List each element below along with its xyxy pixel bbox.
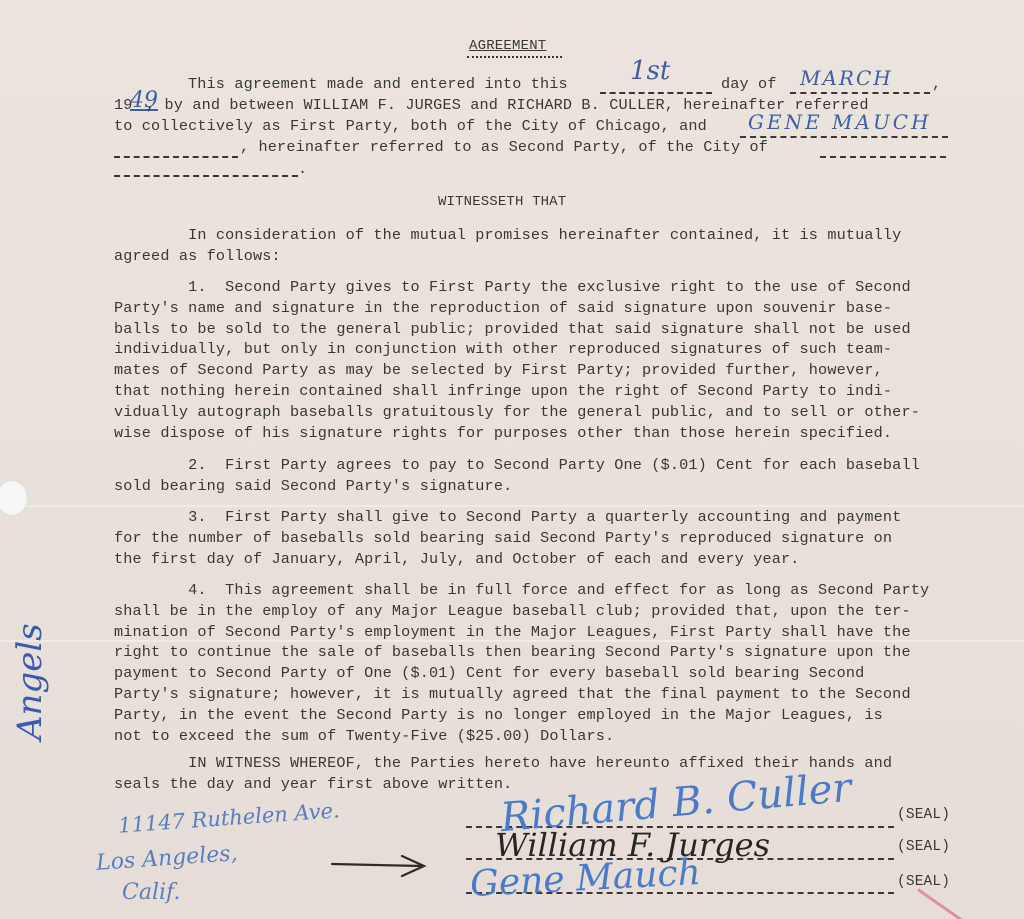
clause-4-line: 4. This agreement shall be in full force… [114, 580, 929, 601]
witness-line: seals the day and year first above writt… [114, 774, 512, 795]
clause-1-line: mates of Second Party as may be selected… [114, 360, 883, 381]
clause-2-line: sold bearing said Second Party's signatu… [114, 476, 512, 497]
witnesseth-heading: WITNESSETH THAT [438, 192, 566, 213]
city-blank [820, 156, 946, 158]
clause-4-line: not to exceed the sum of Twenty-Five ($2… [114, 726, 614, 747]
clause-4-line: mination of Second Party's employment in… [114, 622, 911, 643]
clause-1-line: 1. Second Party gives to First Party the… [114, 277, 911, 298]
document-title: AGREEMENT [469, 36, 546, 57]
clause-1-line: vidually autograph baseballs gratuitousl… [114, 402, 920, 423]
intro-end: . [298, 159, 307, 180]
seal-label: (SEAL) [897, 872, 950, 893]
seal-label: (SEAL) [897, 837, 950, 858]
red-ink-mark [917, 888, 968, 919]
clause-3-line: 3. First Party shall give to Second Part… [114, 507, 901, 528]
document-page: AGREEMENT This agreement made and entere… [0, 0, 1024, 919]
intro-line-4: , hereinafter referred to as Second Part… [240, 137, 768, 158]
intro-line-1: This agreement made and entered into thi… [188, 74, 568, 95]
city-blank-2 [114, 175, 298, 177]
preamble-line: In consideration of the mutual promises … [114, 225, 901, 246]
preamble-line: agreed as follows: [114, 246, 281, 267]
day-blank [600, 92, 712, 94]
intro-line-3: to collectively as First Party, both of … [114, 116, 707, 137]
comma: , [932, 74, 941, 95]
clause-3-line: for the number of baseballs sold bearing… [114, 528, 892, 549]
intro-day-of: day of [721, 74, 777, 95]
clause-4-line: Party's signature; however, it is mutual… [114, 684, 911, 705]
clause-4-line: Party, in the event the Second Party is … [114, 705, 883, 726]
clause-1-line: that nothing herein contained shall infr… [114, 381, 892, 402]
address-line-1: 11147 Ruthelen Ave. [117, 798, 340, 837]
clause-1-line: Party's name and signature in the reprod… [114, 298, 892, 319]
clause-4-line: right to continue the sale of baseballs … [114, 642, 911, 663]
clause-4-line: payment to Second Party of One ($.01) Ce… [114, 663, 864, 684]
punch-hole [0, 480, 28, 516]
clause-1-line: individually, but only in conjunction wi… [114, 339, 892, 360]
clause-3-line: the first day of January, April, July, a… [114, 549, 800, 570]
clause-1-line: wise dispose of his signature rights for… [114, 423, 892, 444]
arrow-right-icon [330, 852, 430, 882]
clause-2-line: 2. First Party agrees to pay to Second P… [114, 455, 920, 476]
address-line-3: Calif. [122, 880, 180, 905]
title-underline [467, 56, 562, 58]
clause-4-line: shall be in the employ of any Major Leag… [114, 601, 911, 622]
month-blank [790, 92, 930, 94]
address-line-2: Los Angeles, [95, 841, 238, 876]
blank-line [114, 156, 238, 158]
second-party-blank [740, 136, 948, 138]
month-filled: MARCH [800, 66, 893, 90]
seal-label: (SEAL) [897, 805, 950, 826]
margin-note: Angels [10, 623, 50, 740]
second-party-filled: GENE MAUCH [748, 110, 932, 134]
clause-1-line: balls to be sold to the general public; … [114, 319, 911, 340]
day-filled: 1st [630, 56, 670, 86]
